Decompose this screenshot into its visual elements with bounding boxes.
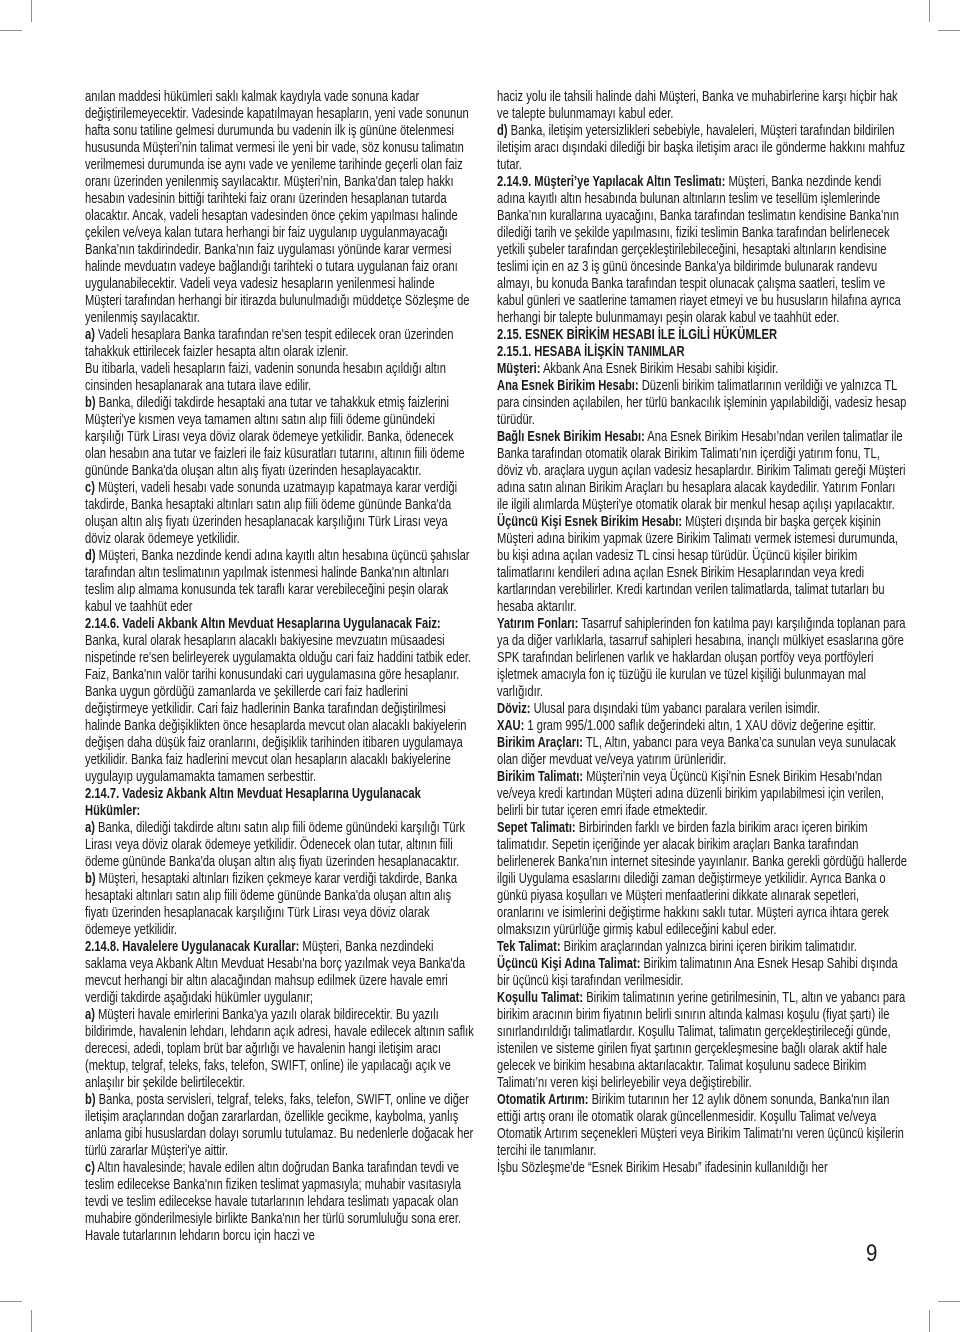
- paragraph: b) Müşteri, hesaptaki altınları fiziken …: [85, 870, 474, 938]
- bold-text: 2.14.7. Vadesiz Akbank Altın Mevduat Hes…: [85, 785, 421, 819]
- paragraph: Birikim Talimatı: Müşteri'nin veya Üçünc…: [497, 768, 908, 819]
- crop-mark-top-left-horizontal: [0, 30, 22, 31]
- bold-text: Yatırım Fonları:: [497, 615, 578, 632]
- crop-mark-bottom-right-horizontal: [938, 1301, 960, 1302]
- paragraph: Müşteri: Akbank Ana Esnek Birikim Hesabı…: [497, 360, 908, 377]
- paragraph: 2.15.1. HESABA İLİŞKİN TANIMLAR: [497, 343, 908, 360]
- crop-mark-bottom-left-horizontal: [0, 1301, 22, 1302]
- right-text-column: haciz yolu ile tahsili halinde dahi Müşt…: [497, 88, 908, 1176]
- paragraph: haciz yolu ile tahsili halinde dahi Müşt…: [497, 88, 908, 122]
- paragraph: Koşullu Talimat: Birikim talimatının yer…: [497, 989, 908, 1091]
- paragraph: c) Altın havalesinde; havale edilen altı…: [85, 1159, 474, 1244]
- paragraph: İşbu Sözleşme'de “Esnek Birikim Hesabı” …: [497, 1159, 908, 1176]
- bold-text: 2.15. ESNEK BİRİKİM HESABI İLE İLGİLİ HÜ…: [497, 326, 777, 343]
- paragraph: Sepet Talimatı: Birbirinden farklı ve bi…: [497, 819, 908, 938]
- crop-mark-top-right-horizontal: [938, 30, 960, 31]
- bold-text: 2.14.9. Müşteri’ye Yapılacak Altın Tesli…: [497, 173, 725, 190]
- left-text-column: anılan maddesi hükümleri saklı kalmak ka…: [85, 88, 474, 1244]
- paragraph: Otomatik Artırım: Birikim tutarının her …: [497, 1091, 908, 1159]
- paragraph: 2.14.6. Vadeli Akbank Altın Mevduat Hesa…: [85, 615, 474, 785]
- bold-text: Döviz:: [497, 700, 531, 717]
- paragraph: b) Banka, dilediği takdirde hesaptaki an…: [85, 394, 474, 479]
- bold-text: Bağlı Esnek Birikim Hesabı:: [497, 428, 645, 445]
- bold-text: b): [85, 1091, 96, 1108]
- bold-text: Koşullu Talimat:: [497, 989, 583, 1006]
- page-number: 9: [866, 1240, 877, 1268]
- paragraph: Tek Talimat: Birikim araçlarından yalnız…: [497, 938, 908, 955]
- bold-text: b): [85, 394, 96, 411]
- paragraph: 2.14.7. Vadesiz Akbank Altın Mevduat Hes…: [85, 785, 474, 819]
- bold-text: Üçüncü Kişi Esnek Birikim Hesabı:: [497, 513, 682, 530]
- bold-text: Birikim Talimatı:: [497, 768, 583, 785]
- paragraph: Üçüncü Kişi Adına Talimat: Birikim talim…: [497, 955, 908, 989]
- paragraph: d) Banka, iletişim yetersizlikleri sebeb…: [497, 122, 908, 173]
- bold-text: Tek Talimat:: [497, 938, 561, 955]
- bold-text: c): [85, 1159, 95, 1176]
- bold-text: Üçüncü Kişi Adına Talimat:: [497, 955, 640, 972]
- paragraph: Döviz: Ulusal para dışındaki tüm yabancı…: [497, 700, 908, 717]
- bold-text: 2.14.8. Havalelere Uygulanacak Kurallar:: [85, 938, 299, 955]
- paragraph: Üçüncü Kişi Esnek Birikim Hesabı: Müşter…: [497, 513, 908, 615]
- bold-text: 2.15.1. HESABA İLİŞKİN TANIMLAR: [497, 343, 685, 360]
- paragraph: a) Müşteri havale emirlerini Banka'ya ya…: [85, 1006, 474, 1091]
- crop-mark-bottom-left-vertical: [31, 1310, 32, 1332]
- bold-text: d): [85, 547, 96, 564]
- paragraph: 2.14.9. Müşteri’ye Yapılacak Altın Tesli…: [497, 173, 908, 326]
- paragraph: XAU: 1 gram 995/1.000 saflık değerindeki…: [497, 717, 908, 734]
- paragraph: Ana Esnek Birikim Hesabı: Düzenli biriki…: [497, 377, 908, 428]
- bold-text: a): [85, 1006, 95, 1023]
- paragraph: 2.14.8. Havalelere Uygulanacak Kurallar:…: [85, 938, 474, 1006]
- crop-mark-top-right-vertical: [929, 0, 930, 22]
- bold-text: a): [85, 819, 95, 836]
- bold-text: Birikim Araçları:: [497, 734, 583, 751]
- document-page: anılan maddesi hükümleri saklı kalmak ka…: [0, 0, 960, 1332]
- bold-text: c): [85, 479, 95, 496]
- paragraph: Bu itibarla, vadeli hesapların faizi, va…: [85, 360, 474, 394]
- crop-mark-top-left-vertical: [31, 0, 32, 22]
- paragraph: Yatırım Fonları: Tasarruf sahiplerinden …: [497, 615, 908, 700]
- paragraph: Bağlı Esnek Birikim Hesabı: Ana Esnek Bi…: [497, 428, 908, 513]
- bold-text: 2.14.6. Vadeli Akbank Altın Mevduat Hesa…: [85, 615, 441, 632]
- paragraph: Birikim Araçları: TL, Altın, yabancı par…: [497, 734, 908, 768]
- paragraph: 2.15. ESNEK BİRİKİM HESABI İLE İLGİLİ HÜ…: [497, 326, 908, 343]
- crop-mark-bottom-right-vertical: [929, 1310, 930, 1332]
- paragraph: a) Banka, dilediği takdirde altını satın…: [85, 819, 474, 870]
- bold-text: d): [497, 122, 508, 139]
- paragraph: b) Banka, posta servisleri, telgraf, tel…: [85, 1091, 474, 1159]
- paragraph: a) Vadeli hesaplara Banka tarafından re'…: [85, 326, 474, 360]
- paragraph: c) Müşteri, vadeli hesabı vade sonunda u…: [85, 479, 474, 547]
- bold-text: XAU:: [497, 717, 524, 734]
- paragraph: d) Müşteri, Banka nezdinde kendi adına k…: [85, 547, 474, 615]
- bold-text: b): [85, 870, 96, 887]
- bold-text: a): [85, 326, 95, 343]
- bold-text: Sepet Talimatı:: [497, 819, 576, 836]
- bold-text: Müşteri:: [497, 360, 540, 377]
- bold-text: Otomatik Artırım:: [497, 1091, 588, 1108]
- bold-text: Ana Esnek Birikim Hesabı:: [497, 377, 639, 394]
- paragraph: anılan maddesi hükümleri saklı kalmak ka…: [85, 88, 474, 326]
